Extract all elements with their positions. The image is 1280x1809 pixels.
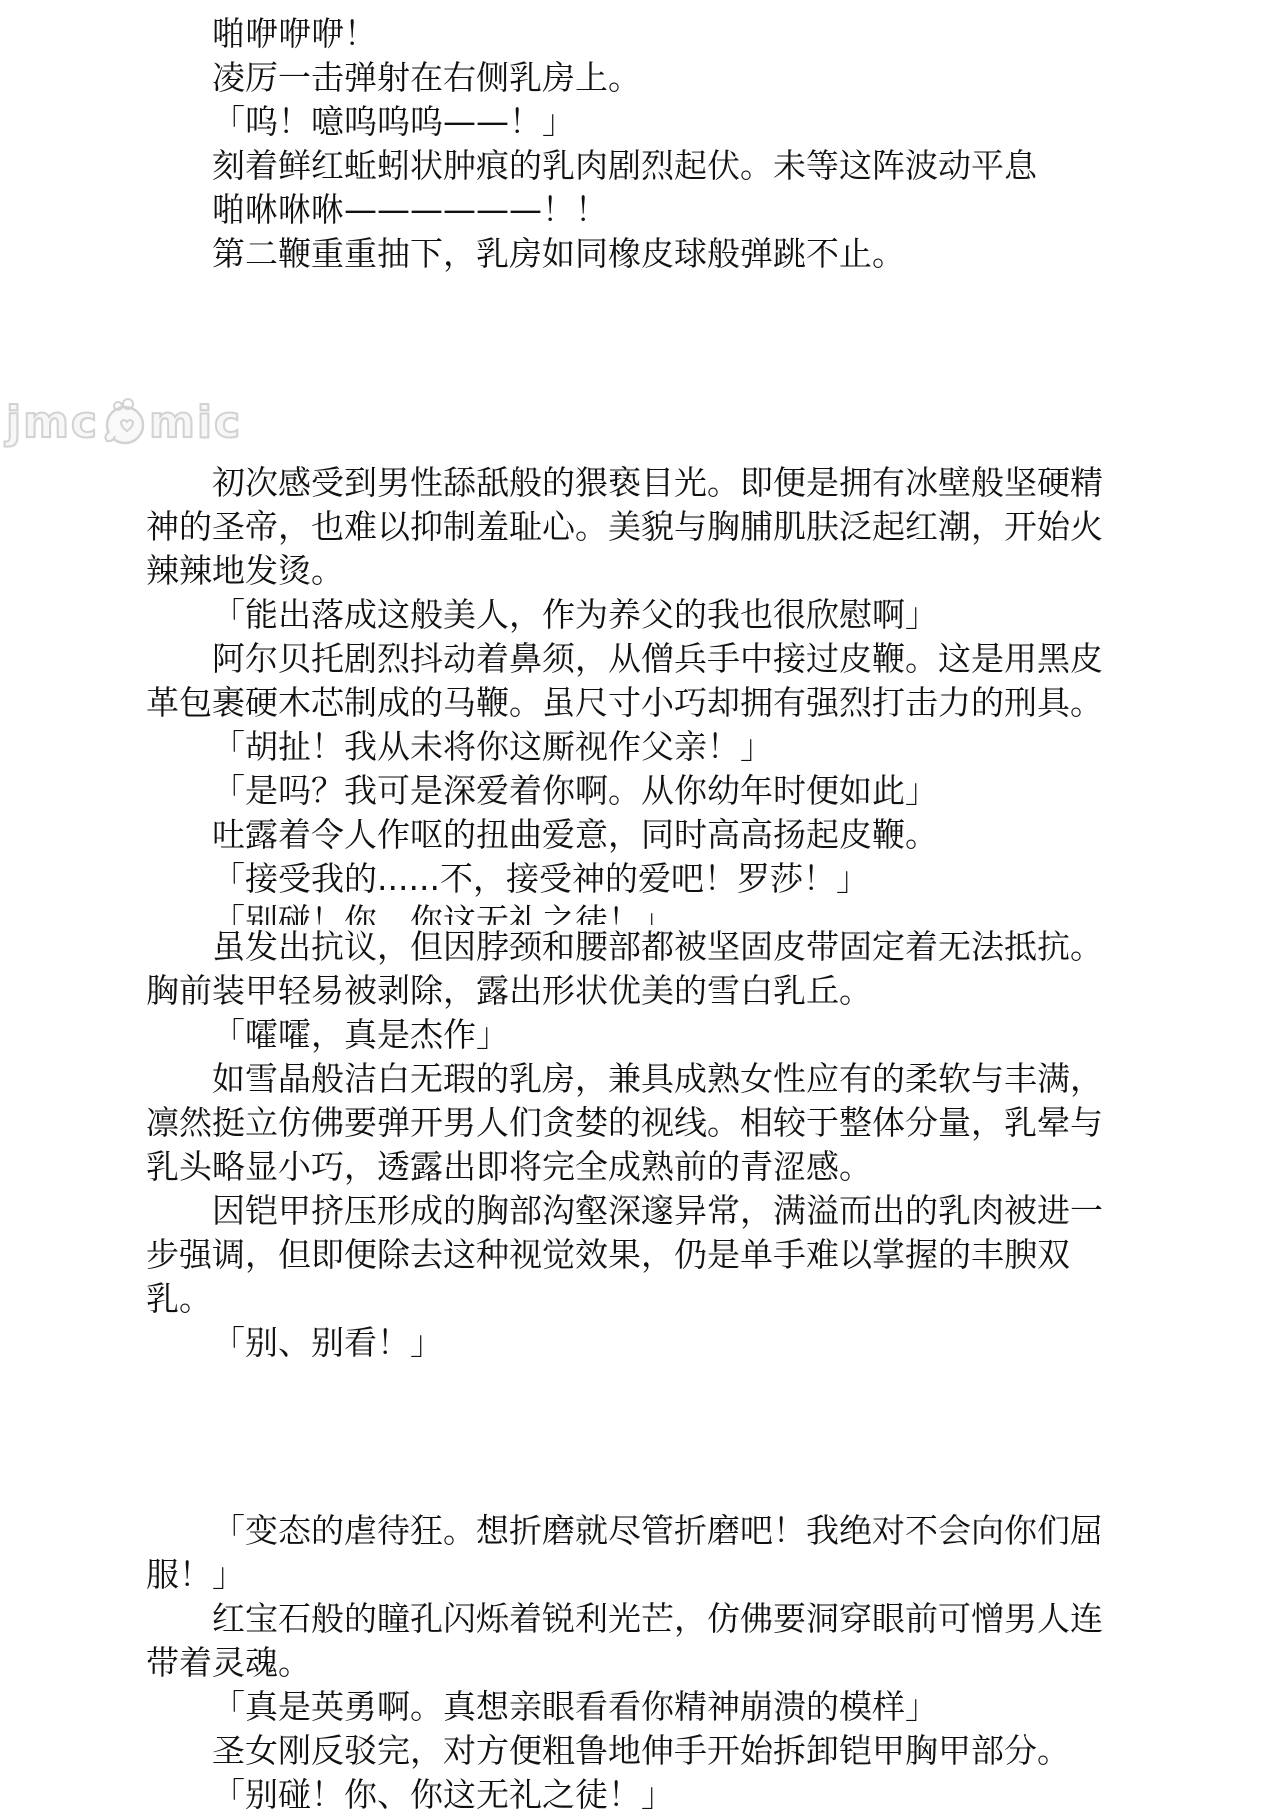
text-line: 圣女刚反驳完，对方便粗鲁地伸手开始拆卸铠甲胸甲部分。 [146, 1729, 1250, 1773]
text-line: 刻着鲜红蚯蚓状肿痕的乳肉剧烈起伏。未等这阵波动平息 [146, 144, 1250, 188]
text-line: 神的圣帝，也难以抑制羞耻心。美貌与胸脯肌肤泛起红潮，开始火 [146, 505, 1250, 549]
page-text: 啪咿咿咿！ 凌厉一击弹射在右侧乳房上。 「呜！噫呜呜呜——！」 刻着鲜红蚯蚓状肿… [0, 0, 1280, 1809]
text-line: 「是吗？我可是深爱着你啊。从你幼年时便如此」 [146, 769, 1250, 813]
text-line: 「接受我的......不，接受神的爱吧！罗莎！」 [146, 857, 1250, 901]
text-line: 啪咻咻咻——————！！ [146, 188, 1250, 232]
paragraph-gap [146, 1365, 1250, 1509]
text-line: 服！」 [146, 1553, 1250, 1597]
text-line: 革包裹硬木芯制成的马鞭。虽尺寸小巧却拥有强烈打击力的刑具。 [146, 681, 1250, 725]
text-line: 啪咿咿咿！ [146, 12, 1250, 56]
text-line: 吐露着令人作呕的扭曲爱意，同时高高扬起皮鞭。 [146, 813, 1250, 857]
text-line: 凛然挺立仿佛要弹开男人们贪婪的视线。相较于整体分量，乳晕与 [146, 1101, 1250, 1145]
text-line: 乳头略显小巧，透露出即将完全成熟前的青涩感。 [146, 1145, 1250, 1189]
text-line: 「能出落成这般美人，作为养父的我也很欣慰啊」 [146, 593, 1250, 637]
text-line: 「嚯嚯，真是杰作」 [146, 1013, 1250, 1057]
text-line: 乳。 [146, 1277, 1250, 1321]
text-line: 如雪晶般洁白无瑕的乳房，兼具成熟女性应有的柔软与丰满， [146, 1057, 1250, 1101]
novel-page: jmc mic 啪咿咿咿！ 凌厉一击弹射在右侧乳房上。 「呜！噫呜呜呜——！」 … [0, 0, 1280, 1809]
text-line: 初次感受到男性舔舐般的猥亵目光。即便是拥有冰壁般坚硬精 [146, 461, 1250, 505]
text-line: 胸前装甲轻易被剥除，露出形状优美的雪白乳丘。 [146, 969, 1250, 1013]
text-line: 「胡扯！我从未将你这厮视作父亲！」 [146, 725, 1250, 769]
paragraph-gap [146, 276, 1250, 461]
text-line: 带着灵魂。 [146, 1641, 1250, 1685]
text-line: 「别、别看！」 [146, 1321, 1250, 1365]
text-line: 凌厉一击弹射在右侧乳房上。 [146, 56, 1250, 100]
text-line: 第二鞭重重抽下，乳房如同橡皮球般弹跳不止。 [146, 232, 1250, 276]
text-line: 步强调，但即便除去这种视觉效果，仍是单手难以掌握的丰腴双 [146, 1233, 1250, 1277]
text-line-clipped: 「别碰！你、你这无礼之徒！」 [146, 899, 1250, 925]
text-line: 「变态的虐待狂。想折磨就尽管折磨吧！我绝对不会向你们屈 [146, 1509, 1250, 1553]
text-line: 因铠甲挤压形成的胸部沟壑深邃异常，满溢而出的乳肉被进一 [146, 1189, 1250, 1233]
text-line-clipped: 「别碰！你、你这无礼之徒！」 [146, 1773, 1250, 1809]
text-line: 虽发出抗议，但因脖颈和腰部都被坚固皮带固定着无法抵抗。 [146, 925, 1250, 969]
text-line: 红宝石般的瞳孔闪烁着锐利光芒，仿佛要洞穿眼前可憎男人连 [146, 1597, 1250, 1641]
text-line: 「呜！噫呜呜呜——！」 [146, 100, 1250, 144]
text-line: 辣辣地发烫。 [146, 549, 1250, 593]
text-line: 「真是英勇啊。真想亲眼看看你精神崩溃的模样」 [146, 1685, 1250, 1729]
text-line: 阿尔贝托剧烈抖动着鼻须，从僧兵手中接过皮鞭。这是用黑皮 [146, 637, 1250, 681]
